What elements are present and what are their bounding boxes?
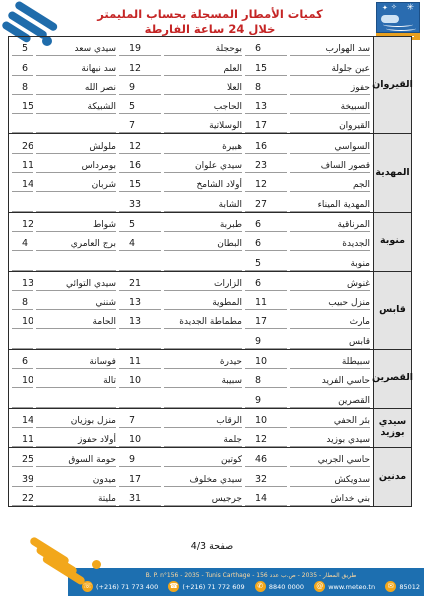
station-name: الجديدة bbox=[290, 232, 370, 251]
station-name: الشبيكة bbox=[36, 95, 116, 114]
table-row: سبيطلة10حيدرة11فوسانة6 bbox=[9, 350, 373, 369]
rainfall-value: 21 bbox=[119, 272, 161, 291]
station-name: مليتة bbox=[36, 487, 116, 506]
wave-icon bbox=[386, 26, 416, 31]
table-row: القصرين9 bbox=[9, 388, 373, 407]
page-title: كميات الأمطار المسجلة بحساب المليمتر خلا… bbox=[60, 7, 360, 37]
table-row: السبيخة13الحاجب5الشبيكة15 bbox=[9, 95, 373, 114]
rainfall-value: 14 bbox=[12, 409, 33, 428]
sms-icon: ✉ bbox=[385, 581, 396, 592]
station-name: هبيرة bbox=[164, 134, 242, 153]
region-label: منوبة bbox=[373, 213, 411, 271]
inm-weather-logo-icon: ✦ ✧ ✳ bbox=[376, 2, 420, 40]
rainfall-value: 14 bbox=[12, 173, 33, 192]
table-row: بئر الحفي10الرقاب7منزل بوزيان14 bbox=[9, 409, 373, 428]
rainfall-value: 5 bbox=[245, 251, 287, 270]
region-rows: غنوش6الزارات21سيدي التوائي13منزل حبيب11ا… bbox=[9, 272, 373, 349]
rainfall-value: 10 bbox=[119, 428, 161, 447]
region-label: سيدي بوزيد bbox=[373, 409, 411, 448]
rainfall-value: 13 bbox=[119, 291, 161, 310]
station-name: البطان bbox=[164, 232, 242, 251]
rainfall-value: 11 bbox=[12, 428, 33, 447]
station-name: طبربة bbox=[164, 213, 242, 232]
station-name: الجم bbox=[290, 173, 370, 192]
station-name: سيدي مخلوف bbox=[164, 467, 242, 486]
contact-label: www.meteo.tn bbox=[328, 583, 375, 591]
rainfall-value bbox=[12, 251, 33, 270]
rainfall-value: 6 bbox=[245, 37, 287, 56]
station-name: العلا bbox=[164, 76, 242, 95]
region-label: قابس bbox=[373, 272, 411, 349]
station-name: السبيخة bbox=[290, 95, 370, 114]
region-section: المهديةالسواسي16هبيرة12ملولش26قصور الساف… bbox=[9, 133, 411, 211]
rainfall-value: 6 bbox=[12, 350, 33, 369]
rainfall-value: 5 bbox=[119, 213, 161, 232]
region-rows: سبيطلة10حيدرة11فوسانة6حاسي الفريد8سبيبة1… bbox=[9, 350, 373, 408]
station-name: منوبة bbox=[290, 251, 370, 270]
fax-icon: ☏ bbox=[82, 581, 93, 592]
contact-badge: ✉85012 bbox=[385, 581, 420, 592]
rainfall-value: 16 bbox=[245, 134, 287, 153]
table-row: قصور الساف23سيدي علوان16بومرداس11 bbox=[9, 154, 373, 173]
station-name: حاسي الجربي bbox=[290, 448, 370, 467]
region-section: مدنينحاسي الجربي46كوتين9حومة السوق25سدوي… bbox=[9, 447, 411, 506]
station-name: قصور الساف bbox=[290, 154, 370, 173]
station-name: الرقاب bbox=[164, 409, 242, 428]
website-icon: @ bbox=[314, 581, 325, 592]
region-section: قابسغنوش6الزارات21سيدي التوائي13منزل حبي… bbox=[9, 271, 411, 349]
table-row: مارث17مطماطة الجديدة13الحامة10 bbox=[9, 310, 373, 329]
rainfall-value: 15 bbox=[245, 56, 287, 75]
rainfall-value: 16 bbox=[119, 154, 161, 173]
region-rows: المرناقية6طبربة5شواط12الجديدة6البطان4برج… bbox=[9, 213, 373, 271]
region-rows: حاسي الجربي46كوتين9حومة السوق25سدويكش32س… bbox=[9, 448, 373, 506]
station-name: حفوز bbox=[290, 76, 370, 95]
rainfall-value: 46 bbox=[245, 448, 287, 467]
table-row: حفوز8العلا9نصر الله8 bbox=[9, 76, 373, 95]
rainfall-value bbox=[119, 388, 161, 407]
rainfall-value bbox=[12, 192, 33, 211]
station-name: أولاد حفوز bbox=[36, 428, 116, 447]
station-name: جرجيس bbox=[164, 487, 242, 506]
station-name bbox=[36, 192, 116, 211]
rainfall-value: 17 bbox=[245, 310, 287, 329]
rainfall-value: 19 bbox=[119, 37, 161, 56]
station-name: المرناقية bbox=[290, 213, 370, 232]
rainfall-value: 9 bbox=[119, 448, 161, 467]
rainfall-value: 6 bbox=[245, 272, 287, 291]
station-name: سيدي التوائي bbox=[36, 272, 116, 291]
rainfall-value: 25 bbox=[12, 448, 33, 467]
station-name: بوحجلة bbox=[164, 37, 242, 56]
rainfall-value: 9 bbox=[245, 329, 287, 348]
page-number: صفحة 4/3 bbox=[0, 541, 424, 552]
star-icon: ✧ bbox=[391, 4, 397, 11]
table-row: سيدي بوزيد12جلمة10أولاد حفوز11 bbox=[9, 428, 373, 447]
rain-table: القيروانسد الهوارب6بوحجلة19سيدي سعد5عين … bbox=[8, 36, 412, 507]
station-name: القصرين bbox=[290, 388, 370, 407]
rainfall-value: 12 bbox=[12, 213, 33, 232]
station-name bbox=[164, 329, 242, 348]
station-name bbox=[36, 329, 116, 348]
rainfall-value: 7 bbox=[119, 409, 161, 428]
rainfall-value: 22 bbox=[12, 487, 33, 506]
rainfall-value: 31 bbox=[119, 487, 161, 506]
rainfall-value: 33 bbox=[119, 192, 161, 211]
station-name: بني خداش bbox=[290, 487, 370, 506]
rainfall-value: 10 bbox=[12, 310, 33, 329]
footer-contact-bar: B. P. n°156 - 2035 - Tunis Carthage - طر… bbox=[68, 568, 424, 596]
table-row: حاسي الجربي46كوتين9حومة السوق25 bbox=[9, 448, 373, 467]
rainfall-value: 4 bbox=[119, 232, 161, 251]
station-name: حاسي الفريد bbox=[290, 369, 370, 388]
swoosh-bar bbox=[14, 0, 59, 32]
rainfall-value: 14 bbox=[245, 487, 287, 506]
rainfall-value: 13 bbox=[245, 95, 287, 114]
rainfall-value: 10 bbox=[245, 350, 287, 369]
rainfall-value bbox=[12, 114, 33, 133]
region-section: القيروانسد الهوارب6بوحجلة19سيدي سعد5عين … bbox=[9, 37, 411, 133]
region-label: القصرين bbox=[373, 350, 411, 408]
region-section: منوبةالمرناقية6طبربة5شواط12الجديدة6البطا… bbox=[9, 212, 411, 271]
station-name: شواط bbox=[36, 213, 116, 232]
region-rows: السواسي16هبيرة12ملولش26قصور الساف23سيدي … bbox=[9, 134, 373, 211]
station-name: الحامة bbox=[36, 310, 116, 329]
contact-badge: ☏(+216) 71 773 400 bbox=[82, 581, 158, 592]
title-line-1: كميات الأمطار المسجلة بحساب المليمتر bbox=[60, 7, 360, 22]
address-line: B. P. n°156 - 2035 - Tunis Carthage - طر… bbox=[82, 572, 420, 579]
station-name: فوسانة bbox=[36, 350, 116, 369]
rainfall-value: 12 bbox=[119, 56, 161, 75]
callcenter-icon: ✆ bbox=[255, 581, 266, 592]
table-row: الجديدة6البطان4برج العامري4 bbox=[9, 232, 373, 251]
region-section: سيدي بوزيدبئر الحفي10الرقاب7منزل بوزيان1… bbox=[9, 408, 411, 448]
table-row: قابس9 bbox=[9, 329, 373, 348]
station-name: جلمة bbox=[164, 428, 242, 447]
station-name: المهدية الميناء bbox=[290, 192, 370, 211]
station-name bbox=[36, 114, 116, 133]
station-name: أولاد الشامخ bbox=[164, 173, 242, 192]
rainfall-value: 9 bbox=[245, 388, 287, 407]
rainfall-value: 5 bbox=[119, 95, 161, 114]
table-row: غنوش6الزارات21سيدي التوائي13 bbox=[9, 272, 373, 291]
table-row: القيروان17الوسلاتية7 bbox=[9, 114, 373, 133]
table-row: سدويكش32سيدي مخلوف17ميدون39 bbox=[9, 467, 373, 486]
star-icon: ✦ bbox=[382, 5, 388, 12]
station-name: قابس bbox=[290, 329, 370, 348]
table-row: منزل حبيب11المطوية13شنني8 bbox=[9, 291, 373, 310]
station-name: ملولش bbox=[36, 134, 116, 153]
station-name: نصر الله bbox=[36, 76, 116, 95]
rainfall-value: 39 bbox=[12, 467, 33, 486]
rainfall-value: 23 bbox=[245, 154, 287, 173]
rainfall-value: 12 bbox=[119, 134, 161, 153]
rainfall-value: 7 bbox=[119, 114, 161, 133]
contact-badge: ☎(+216) 71 772 609 bbox=[168, 581, 244, 592]
rainfall-value: 4 bbox=[12, 232, 33, 251]
station-name bbox=[36, 251, 116, 270]
snowflake-icon: ✳ bbox=[406, 5, 414, 12]
rainfall-value: 6 bbox=[245, 232, 287, 251]
station-name: سد الهوارب bbox=[290, 37, 370, 56]
rainfall-value: 9 bbox=[119, 76, 161, 95]
contact-badges: ☏(+216) 71 773 400☎(+216) 71 772 609✆884… bbox=[82, 581, 420, 592]
station-name: القيروان bbox=[290, 114, 370, 133]
station-name: الوسلاتية bbox=[164, 114, 242, 133]
station-name: بئر الحفي bbox=[290, 409, 370, 428]
rainfall-value: 10 bbox=[245, 409, 287, 428]
station-name: الشابة bbox=[164, 192, 242, 211]
station-name bbox=[36, 388, 116, 407]
rainfall-value: 8 bbox=[245, 369, 287, 388]
rainfall-value: 12 bbox=[245, 428, 287, 447]
station-name: حومة السوق bbox=[36, 448, 116, 467]
rainfall-value: 12 bbox=[245, 173, 287, 192]
station-name: الزارات bbox=[164, 272, 242, 291]
station-name: سبيبة bbox=[164, 369, 242, 388]
rainfall-value: 13 bbox=[12, 272, 33, 291]
region-label: القيروان bbox=[373, 37, 411, 133]
rainfall-value: 6 bbox=[245, 213, 287, 232]
table-row: المهدية الميناء27الشابة33 bbox=[9, 192, 373, 211]
rainfall-value: 27 bbox=[245, 192, 287, 211]
rainfall-value: 11 bbox=[12, 154, 33, 173]
rainfall-value bbox=[119, 251, 161, 270]
rainfall-value: 15 bbox=[12, 95, 33, 114]
contact-label: 85012 bbox=[399, 583, 420, 591]
rainfall-value: 10 bbox=[119, 369, 161, 388]
station-name: منزل بوزيان bbox=[36, 409, 116, 428]
logo-background: ✦ ✧ ✳ bbox=[376, 2, 420, 33]
station-name: برج العامري bbox=[36, 232, 116, 251]
rainfall-value: 32 bbox=[245, 467, 287, 486]
contact-label: 8840 0000 bbox=[269, 583, 304, 591]
rainfall-value: 26 bbox=[12, 134, 33, 153]
station-name: الحاجب bbox=[164, 95, 242, 114]
station-name: ميدون bbox=[36, 467, 116, 486]
station-name: سبيطلة bbox=[290, 350, 370, 369]
station-name: مارث bbox=[290, 310, 370, 329]
rainfall-value bbox=[119, 329, 161, 348]
table-row: حاسي الفريد8سبيبة10تالة10 bbox=[9, 369, 373, 388]
rainfall-value: 5 bbox=[12, 37, 33, 56]
rainfall-value: 8 bbox=[12, 76, 33, 95]
station-name: المطوية bbox=[164, 291, 242, 310]
rainfall-value: 8 bbox=[12, 291, 33, 310]
station-name bbox=[164, 251, 242, 270]
document-page: { "header": { "title_line1": "كميات الأم… bbox=[0, 0, 424, 600]
station-name: شربان bbox=[36, 173, 116, 192]
table-row: منوبة5 bbox=[9, 251, 373, 270]
contact-label: (+216) 71 772 609 bbox=[182, 583, 244, 591]
rainfall-value: 8 bbox=[245, 76, 287, 95]
rainfall-value: 10 bbox=[12, 369, 33, 388]
rainfall-value: 11 bbox=[245, 291, 287, 310]
station-name: سيدي بوزيد bbox=[290, 428, 370, 447]
table-row: سد الهوارب6بوحجلة19سيدي سعد5 bbox=[9, 37, 373, 56]
station-name: شنني bbox=[36, 291, 116, 310]
station-name: سد نبهانة bbox=[36, 56, 116, 75]
title-line-2: خلال 24 ساعة الفارطة bbox=[60, 22, 360, 37]
rainfall-value: 15 bbox=[119, 173, 161, 192]
station-name: كوتين bbox=[164, 448, 242, 467]
table-row: بني خداش14جرجيس31مليتة22 bbox=[9, 487, 373, 506]
station-name: السواسي bbox=[290, 134, 370, 153]
station-name bbox=[164, 388, 242, 407]
rainfall-value: 17 bbox=[245, 114, 287, 133]
region-rows: بئر الحفي10الرقاب7منزل بوزيان14سيدي بوزي… bbox=[9, 409, 373, 448]
table-row: المرناقية6طبربة5شواط12 bbox=[9, 213, 373, 232]
station-name: حيدرة bbox=[164, 350, 242, 369]
table-row: السواسي16هبيرة12ملولش26 bbox=[9, 134, 373, 153]
station-name: عين جلولة bbox=[290, 56, 370, 75]
region-label: المهدية bbox=[373, 134, 411, 211]
station-name: بومرداس bbox=[36, 154, 116, 173]
phone-icon: ☎ bbox=[168, 581, 179, 592]
contact-badge: ✆8840 0000 bbox=[255, 581, 304, 592]
region-section: القصرينسبيطلة10حيدرة11فوسانة6حاسي الفريد… bbox=[9, 349, 411, 408]
station-name: مطماطة الجديدة bbox=[164, 310, 242, 329]
station-name: سيدي علوان bbox=[164, 154, 242, 173]
station-name: غنوش bbox=[290, 272, 370, 291]
region-rows: سد الهوارب6بوحجلة19سيدي سعد5عين جلولة15ا… bbox=[9, 37, 373, 133]
station-name: تالة bbox=[36, 369, 116, 388]
region-label: مدنين bbox=[373, 448, 411, 506]
station-name: سدويكش bbox=[290, 467, 370, 486]
station-name: منزل حبيب bbox=[290, 291, 370, 310]
contact-label: (+216) 71 773 400 bbox=[96, 583, 158, 591]
rainfall-value bbox=[12, 329, 33, 348]
rainfall-value: 13 bbox=[119, 310, 161, 329]
contact-badge: @www.meteo.tn bbox=[314, 581, 375, 592]
station-name: سيدي سعد bbox=[36, 37, 116, 56]
table-row: عين جلولة15العلم12سد نبهانة6 bbox=[9, 56, 373, 75]
table-row: الجم12أولاد الشامخ15شربان14 bbox=[9, 173, 373, 192]
station-name: العلم bbox=[164, 56, 242, 75]
rainfall-value: 6 bbox=[12, 56, 33, 75]
rainfall-value bbox=[12, 388, 33, 407]
rainfall-value: 17 bbox=[119, 467, 161, 486]
rainfall-value: 11 bbox=[119, 350, 161, 369]
